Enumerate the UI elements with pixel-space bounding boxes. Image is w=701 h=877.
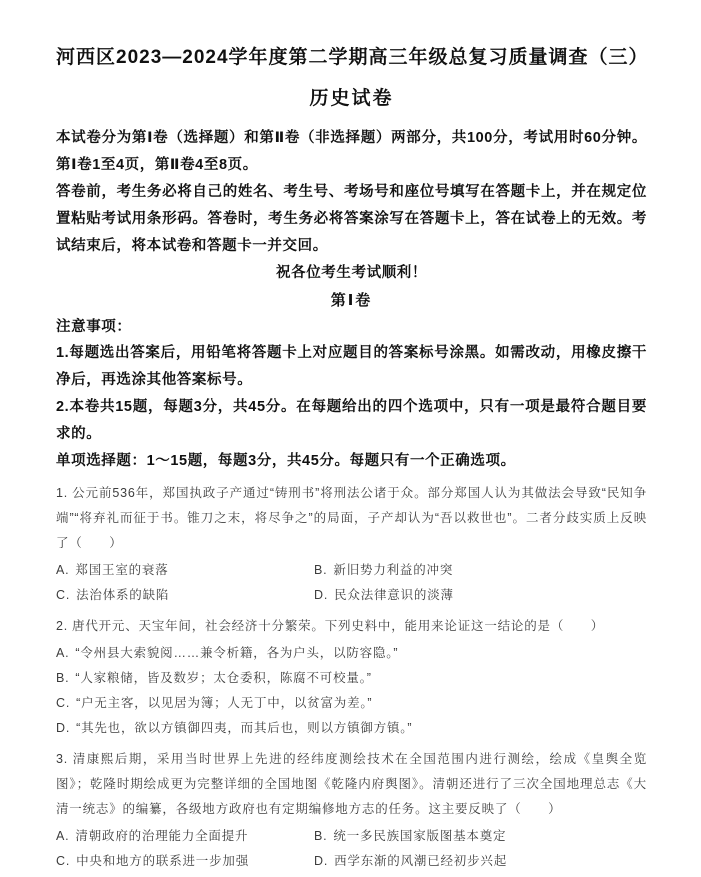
question-1-number: 1. — [56, 486, 68, 500]
question-3-option-b: B.统一多民族国家版图基本奠定 — [314, 824, 647, 849]
question-3-option-c: C.中央和地方的联系进一步加强 — [56, 849, 314, 874]
option-text: “人家粮储，皆及数岁；太仓委积，陈腐不可校量。” — [75, 671, 371, 685]
note-1: 1.每题选出答案后，用铅笔将答题卡上对应题目的答案标号涂黑。如需改动，用橡皮擦干… — [56, 340, 647, 394]
question-1-options: A.郑国王室的衰落 B.新旧势力利益的冲突 C.法治体系的缺陷 D.民众法律意识… — [56, 558, 647, 608]
question-1: 1.公元前536年，郑国执政子产通过“铸刑书”将刑法公诸于众。部分郑国人认为其做… — [56, 481, 647, 608]
option-label: C. — [56, 588, 70, 602]
question-1-option-d: D.民众法律意识的淡薄 — [314, 583, 647, 608]
question-3-option-a: A.清朝政府的治理能力全面提升 — [56, 824, 314, 849]
option-text: 新旧势力利益的冲突 — [333, 563, 453, 577]
option-text: “其先也，欲以方镇御四夷，而其后也，则以方镇御方镇。” — [76, 721, 412, 735]
question-2-text: 唐代开元、天宝年间，社会经济十分繁荣。下列史料中，能用来论证这一结论的是（ ） — [72, 619, 604, 633]
paper-title: 河西区2023—2024学年度第二学期高三年级总复习质量调查（三） — [56, 46, 647, 70]
option-text: 郑国王室的衰落 — [75, 563, 168, 577]
wish-line: 祝各位考生考试顺利！ — [56, 260, 647, 287]
option-text: 西学东渐的风潮已经初步兴起 — [334, 854, 507, 868]
option-label: D. — [56, 721, 70, 735]
question-2: 2.唐代开元、天宝年间，社会经济十分繁荣。下列史料中，能用来论证这一结论的是（ … — [56, 614, 647, 741]
option-text: “户无主客，以见居为簿；人无丁中，以贫富为差。” — [76, 696, 372, 710]
option-label: D. — [314, 588, 328, 602]
option-text: “令州县大索貌阅……兼令析籍，各为户头，以防容隐。” — [75, 646, 398, 660]
option-text: 中央和地方的联系进一步加强 — [76, 854, 249, 868]
option-text: 法治体系的缺陷 — [76, 588, 169, 602]
option-label: A. — [56, 829, 69, 843]
option-text: 民众法律意识的淡薄 — [334, 588, 454, 602]
paper-subtitle: 历史试卷 — [56, 83, 647, 110]
intro-paragraph-structure: 本试卷分为第Ⅰ卷（选择题）和第Ⅱ卷（非选择题）两部分，共100分，考试用时60分… — [56, 125, 647, 179]
option-label: C. — [56, 696, 70, 710]
option-label: B. — [314, 829, 327, 843]
question-3-stem: 3.清康熙后期，采用当时世界上先进的经纬度测绘技术在全国范围内进行测绘，绘成《皇… — [56, 747, 647, 822]
question-2-option-b: B.“人家粮储，皆及数岁；太仓委积，陈腐不可校量。” — [56, 666, 647, 691]
question-2-option-d: D.“其先也，欲以方镇御四夷，而其后也，则以方镇御方镇。” — [56, 716, 647, 741]
exam-paper-page: 河西区2023—2024学年度第二学期高三年级总复习质量调查（三） 历史试卷 本… — [0, 0, 701, 877]
option-text: 统一多民族国家版图基本奠定 — [333, 829, 506, 843]
option-label: A. — [56, 563, 69, 577]
option-label: D. — [314, 854, 328, 868]
option-label: B. — [56, 671, 69, 685]
intro-paragraph-instructions: 答卷前，考生务必将自己的姓名、考生号、考场号和座位号填写在答题卡上，并在规定位置… — [56, 179, 647, 260]
question-1-option-c: C.法治体系的缺陷 — [56, 583, 314, 608]
mcq-instruction: 单项选择题：1～15题，每题3分，共45分。每题只有一个正确选项。 — [56, 448, 647, 475]
question-3: 3.清康熙后期，采用当时世界上先进的经纬度测绘技术在全国范围内进行测绘，绘成《皇… — [56, 747, 647, 874]
option-label: A. — [56, 646, 69, 660]
note-2: 2.本卷共15题，每题3分，共45分。在每题给出的四个选项中，只有一项是最符合题… — [56, 394, 647, 448]
question-2-option-a: A.“令州县大索貌阅……兼令析籍，各为户头，以防容隐。” — [56, 641, 647, 666]
question-1-text: 公元前536年，郑国执政子产通过“铸刑书”将刑法公诸于众。部分郑国人认为其做法会… — [56, 486, 647, 550]
question-1-option-a: A.郑国王室的衰落 — [56, 558, 314, 583]
question-3-text: 清康熙后期，采用当时世界上先进的经纬度测绘技术在全国范围内进行测绘，绘成《皇舆全… — [56, 752, 647, 816]
option-text: 清朝政府的治理能力全面提升 — [75, 829, 248, 843]
option-label: B. — [314, 563, 327, 577]
option-label: C. — [56, 854, 70, 868]
question-1-option-b: B.新旧势力利益的冲突 — [314, 558, 647, 583]
section-heading-volume-1: 第Ⅰ卷 — [56, 287, 647, 314]
question-3-option-d: D.西学东渐的风潮已经初步兴起 — [314, 849, 647, 874]
question-1-stem: 1.公元前536年，郑国执政子产通过“铸刑书”将刑法公诸于众。部分郑国人认为其做… — [56, 481, 647, 556]
notes-title: 注意事项： — [56, 314, 647, 340]
question-2-options: A.“令州县大索貌阅……兼令析籍，各为户头，以防容隐。” B.“人家粮储，皆及数… — [56, 641, 647, 741]
question-3-number: 3. — [56, 752, 68, 766]
question-2-option-c: C.“户无主客，以见居为簿；人无丁中，以贫富为差。” — [56, 691, 647, 716]
question-3-options: A.清朝政府的治理能力全面提升 B.统一多民族国家版图基本奠定 C.中央和地方的… — [56, 824, 647, 874]
question-2-stem: 2.唐代开元、天宝年间，社会经济十分繁荣。下列史料中，能用来论证这一结论的是（ … — [56, 614, 647, 639]
question-2-number: 2. — [56, 619, 68, 633]
